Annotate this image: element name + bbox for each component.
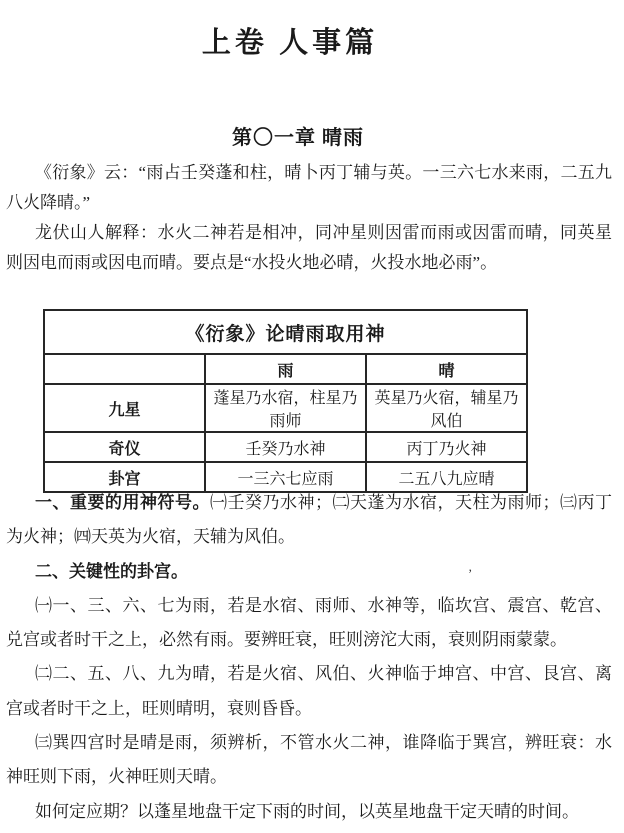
cell-clear: 英星乃火宿，辅星乃风伯 (366, 384, 527, 432)
volume-title: 上卷 人事篇 (0, 20, 580, 61)
column-header-rain: 雨 (205, 354, 366, 384)
cell-rain: 蓬星乃水宿，柱星乃雨师 (205, 384, 366, 432)
paragraph-item-three: ㈢巽四宫时是晴是雨，须辨析，不管水火二神，谁降临于巽宫，辨旺衰：水神旺则下雨，火… (6, 726, 612, 795)
paragraph-item-one: ㈠一、三、六、七为雨，若是水宿、雨师、水神等，临坎宫、震宫、乾宫、兑宫或者时干之… (6, 589, 612, 658)
cell-clear: 丙丁乃火神 (366, 432, 527, 462)
chapter-heading: 第〇一章 晴雨 (0, 121, 596, 150)
table-corner-cell (44, 354, 205, 384)
table-title-row: 《衍象》论晴雨取用神 (44, 310, 527, 354)
paragraph-closing: 如何定应期？以蓬星地盘干定下雨的时间，以英星地盘干定天晴的时间。 (6, 795, 612, 829)
paragraph-section-one: 一、重要的用神符号。㈠壬癸乃水神；㈡天蓬为水宿，天柱为雨师；㈢丙丁为火神；㈣天英… (6, 486, 612, 555)
section-two-lead: 二、关键性的卦宫。 (35, 562, 188, 581)
paragraph-quote-yanxiang: 《衍象》云：“雨占壬癸蓬和柱，晴卜丙丁辅与英。一三六七水来雨，二五九八火降晴。” (6, 158, 612, 218)
table-title: 《衍象》论晴雨取用神 (44, 310, 527, 354)
row-label: 奇仪 (44, 432, 205, 462)
table-row-nine-stars: 九星 蓬星乃水宿，柱星乃雨师 英星乃火宿，辅星乃风伯 (44, 384, 527, 432)
weather-usage-table: 《衍象》论晴雨取用神 雨 晴 九星 蓬星乃水宿，柱星乃雨师 英星乃火宿，辅星乃风… (43, 309, 528, 493)
paragraph-item-two: ㈡二、五、八、九为晴，若是火宿、风伯、火神临于坤宫、中宫、艮宫、离宫或者时干之上… (6, 657, 612, 726)
main-paragraphs: 一、重要的用神符号。㈠壬癸乃水神；㈡天蓬为水宿，天柱为雨师；㈢丙丁为火神；㈣天英… (6, 486, 612, 829)
intro-paragraphs: 《衍象》云：“雨占壬癸蓬和柱，晴卜丙丁辅与英。一三六七水来雨，二五九八火降晴。”… (6, 158, 612, 278)
table-row-qi-yi: 奇仪 壬癸乃水神 丙丁乃火神 (44, 432, 527, 462)
cell-rain: 壬癸乃水神 (205, 432, 366, 462)
section-one-lead: 一、重要的用神符号。 (35, 493, 210, 512)
book-page: 上卷 人事篇 第〇一章 晴雨 《衍象》云：“雨占壬癸蓬和柱，晴卜丙丁辅与英。一三… (0, 0, 624, 833)
paragraph-explanation: 龙伏山人解释：水火二神若是相冲，同冲星则因雷而雨或因雷而晴，同英星则因电而雨或因… (6, 218, 612, 278)
paragraph-section-two: 二、关键性的卦宫。 (6, 555, 612, 589)
scan-stray-mark: ’ (468, 566, 472, 582)
table-header-row: 雨 晴 (44, 354, 527, 384)
row-label: 九星 (44, 384, 205, 432)
column-header-clear: 晴 (366, 354, 527, 384)
